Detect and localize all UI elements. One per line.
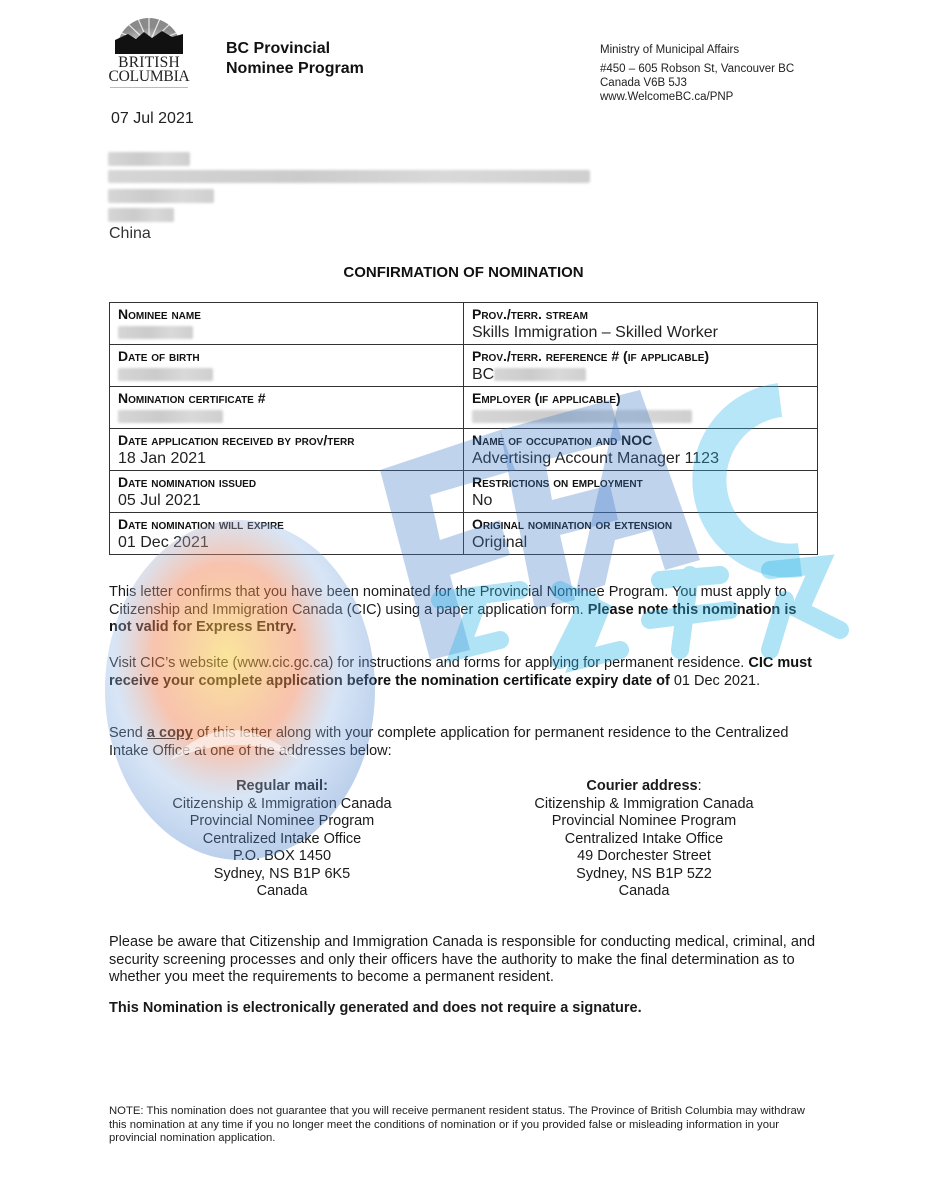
table-cell: Prov./terr. reference # (if applicable)B… [464,345,818,387]
table-cell: Employer (if applicable) [464,387,818,429]
field-label: Date application received by prov/terr [118,432,455,449]
table-row: Date application received by prov/terr18… [110,429,818,471]
redacted-value [118,326,193,339]
address-line: P.O. BOX 1450 [132,848,432,866]
table-cell: Prov./terr. streamSkills Immigration – S… [464,303,818,345]
courier-address: Courier address: Citizenship & Immigrati… [494,778,794,901]
field-value: 01 Dec 2021 [118,533,455,553]
field-label: Nominee name [118,306,455,323]
send-copy-paragraph: Send a copy of this letter along with yo… [109,725,821,760]
courier-heading: Courier address [586,778,697,794]
letter-date: 07 Jul 2021 [111,110,194,128]
table-cell: Date of birth [110,345,464,387]
regular-mail-heading: Regular mail: [132,778,432,796]
sun-over-mountains-icon [106,8,192,54]
ministry-address-1: #450 – 605 Robson St, Vancouver BC [600,62,794,76]
address-line: Centralized Intake Office [494,831,794,849]
redacted-recipient-line [108,170,590,183]
redacted-recipient-line [108,208,174,222]
address-line: Centralized Intake Office [132,831,432,849]
field-value: No [472,491,809,511]
address-line: Citizenship & Immigration Canada [132,796,432,814]
field-label: Date nomination issued [118,474,455,491]
redacted-value [118,410,223,423]
ministry-name: Ministry of Municipal Affairs [600,43,794,57]
field-value [118,365,455,385]
confirmation-paragraph: This letter confirms that you have been … [109,584,821,637]
ministry-address-2: Canada V6B 5J3 [600,76,794,90]
table-cell: Restrictions on employmentNo [464,471,818,513]
field-label: Prov./terr. reference # (if applicable) [472,348,809,365]
field-value: Advertising Account Manager 1123 [472,449,809,469]
ministry-website: www.WelcomeBC.ca/PNP [600,90,794,104]
table-row: Nomination certificate #Employer (if app… [110,387,818,429]
program-name: BC Provincial Nominee Program [226,39,364,79]
table-cell: Date nomination will expire01 Dec 2021 [110,513,464,555]
program-line-1: BC Provincial [226,39,364,59]
field-label: Restrictions on employment [472,474,809,491]
document-title: CONFIRMATION OF NOMINATION [0,264,927,281]
logo-rule [110,87,188,88]
redacted-value [494,368,586,381]
table-cell: Date nomination issued05 Jul 2021 [110,471,464,513]
address-line: Sydney, NS B1P 6K5 [132,866,432,884]
table-row: Date nomination will expire01 Dec 2021Or… [110,513,818,555]
bc-logo: BRITISH COLUMBIA [106,8,192,86]
field-value: Original [472,533,809,553]
nomination-info-table: Nominee nameProv./terr. streamSkills Imm… [109,302,818,555]
instructions-paragraph: Visit CIC’s website (www.cic.gc.ca) for … [109,655,821,690]
field-label: Nomination certificate # [118,390,455,407]
field-value [118,407,455,427]
address-line: 49 Dorchester Street [494,848,794,866]
recipient-country: China [109,225,151,243]
address-line: Sydney, NS B1P 5Z2 [494,866,794,884]
field-label: Original nomination or extension [472,516,809,533]
electronic-signature-statement: This Nomination is electronically genera… [109,1000,821,1018]
table-cell: Nomination certificate # [110,387,464,429]
field-value: BC [472,365,809,385]
field-value [118,323,455,343]
table-row: Date nomination issued05 Jul 2021Restric… [110,471,818,513]
program-line-2: Nominee Program [226,59,364,79]
table-cell: Nominee name [110,303,464,345]
footer-note: NOTE: This nomination does not guarantee… [109,1105,821,1146]
table-row: Date of birthProv./terr. reference # (if… [110,345,818,387]
redacted-value [472,410,692,423]
field-label: Name of occupation and NOC [472,432,809,449]
field-label: Employer (if applicable) [472,390,809,407]
address-line: Provincial Nominee Program [494,813,794,831]
field-value: Skills Immigration – Skilled Worker [472,323,809,343]
field-label: Date nomination will expire [118,516,455,533]
table-cell: Name of occupation and NOCAdvertising Ac… [464,429,818,471]
address-line: Citizenship & Immigration Canada [494,796,794,814]
screening-paragraph: Please be aware that Citizenship and Imm… [109,934,821,987]
redacted-value [118,368,213,381]
redacted-recipient-line [108,152,190,166]
logo-text-columbia: COLUMBIA [106,69,192,85]
field-value [472,407,809,427]
address-line: Provincial Nominee Program [132,813,432,831]
field-label: Date of birth [118,348,455,365]
field-value: 18 Jan 2021 [118,449,455,469]
ministry-block: Ministry of Municipal Affairs #450 – 605… [600,43,794,104]
address-line: Canada [132,883,432,901]
table-cell: Original nomination or extensionOriginal [464,513,818,555]
table-row: Nominee nameProv./terr. streamSkills Imm… [110,303,818,345]
field-label: Prov./terr. stream [472,306,809,323]
regular-mail-address: Regular mail: Citizenship & Immigration … [132,778,432,901]
table-cell: Date application received by prov/terr18… [110,429,464,471]
field-value: 05 Jul 2021 [118,491,455,511]
address-line: Canada [494,883,794,901]
redacted-recipient-line [108,189,214,203]
